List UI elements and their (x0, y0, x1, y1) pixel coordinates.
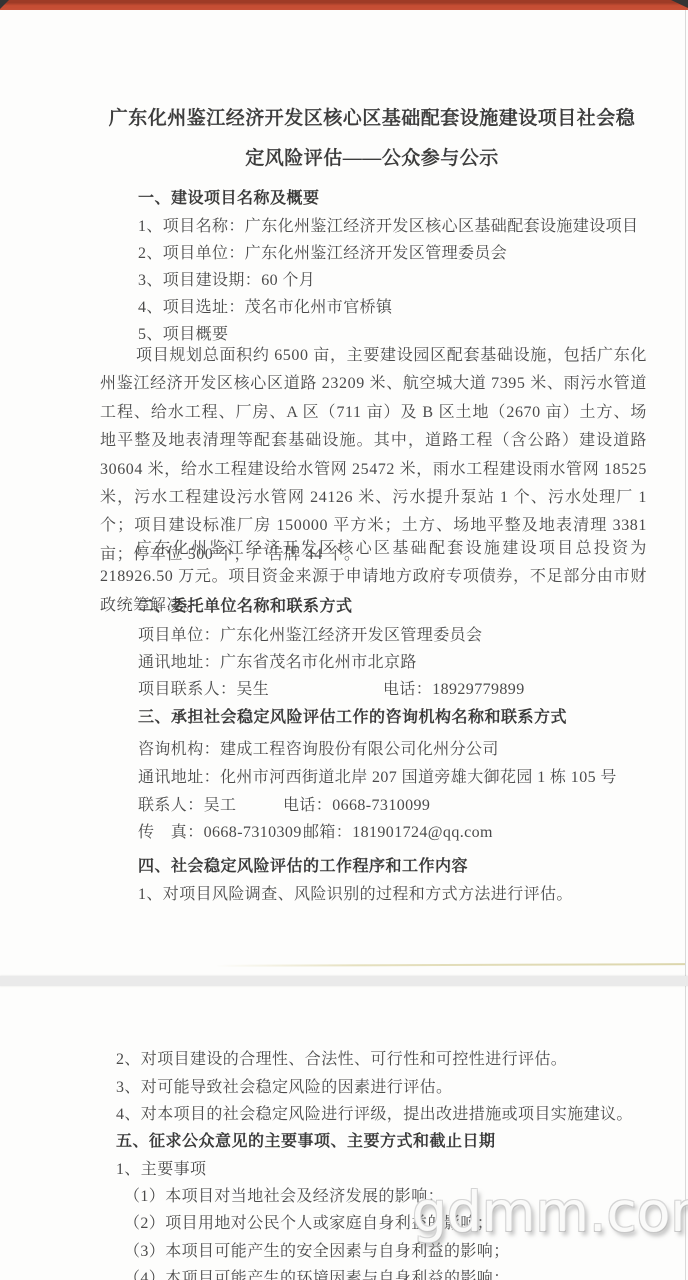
main-matters-subheading: 1、主要事项 (116, 1156, 206, 1179)
scan-artifact-top-left (0, 0, 9, 9)
document-title: 广东化州鉴江经济开发区核心区基础配套设施建设项目社会稳 定风险评估——公众参与公… (96, 99, 648, 179)
procedure-item-2: 2、对项目建设的合理性、合法性、可行性和可控性进行评估。 (116, 1046, 567, 1069)
client-unit-row: 项目单位：广东化州鉴江经济开发区管理委员会 (138, 622, 482, 645)
agency-name-row: 咨询机构：建成工程咨询股份有限公司化州分公司 (138, 736, 499, 759)
matter-point-4: （4）本项目可能产生的环境因素与自身利益的影响； (124, 1265, 510, 1280)
top-orange-bar (0, 0, 688, 10)
section-one-heading: 一、建设项目名称及概要 (138, 185, 320, 208)
document-title-line1: 广东化州鉴江经济开发区核心区基础配套设施建设项目社会稳 (96, 99, 648, 139)
agency-fax: 传 真：0668-7310309 (138, 819, 303, 842)
procedure-item-4: 4、对本项目的社会稳定风险进行评级，提出改进措施或项目实施建议。 (116, 1101, 633, 1124)
agency-contact-name: 联系人：吴工 (138, 792, 283, 815)
agency-contact-phone: 电话：0668-7310099 (283, 797, 430, 814)
section-two-heading: 二、委托单位名称和联系方式 (138, 593, 353, 616)
project-summary-item: 5、项目概要 (138, 321, 228, 344)
project-name-item: 1、项目名称：广东化州鉴江经济开发区核心区基础配套设施建设项目 (138, 213, 638, 236)
project-location-item: 4、项目选址：茂名市化州市官桥镇 (138, 294, 392, 317)
client-contact-name: 项目联系人：吴生 (138, 676, 383, 699)
document-title-line2: 定风险评估——公众参与公示 (96, 139, 648, 179)
procedure-item-3: 3、对可能导致社会稳定风险的因素进行评估。 (116, 1074, 452, 1097)
section-four-heading: 四、社会稳定风险评估的工作程序和工作内容 (138, 853, 468, 876)
procedure-item-1: 1、对项目风险调查、风险识别的过程和方式方法进行评估。 (138, 881, 573, 904)
project-unit-item: 2、项目单位：广东化州鉴江经济开发区管理委员会 (138, 240, 507, 263)
page-break-band (0, 976, 688, 986)
construction-period-item: 3、项目建设期：60 个月 (138, 267, 315, 290)
agency-contact-row: 联系人：吴工电话：0668-7310099 (138, 792, 430, 815)
scanned-document-page: 广东化州鉴江经济开发区核心区基础配套设施建设项目社会稳 定风险评估——公众参与公… (0, 0, 688, 1280)
client-address-row: 通讯地址：广东省茂名市化州市北京路 (138, 649, 417, 672)
section-three-heading: 三、承担社会稳定风险评估工作的咨询机构名称和联系方式 (138, 704, 567, 727)
scan-artifact-top-right (671, 0, 688, 8)
gdmm-watermark: gdmm.com (412, 1180, 688, 1244)
scan-smudge-line (215, 963, 685, 967)
section-five-heading: 五、征求公众意见的主要事项、主要方式和截止日期 (116, 1128, 496, 1151)
scan-edge-line (685, 10, 686, 1280)
agency-fax-row: 传 真：0668-7310309邮箱：181901724@qq.com (138, 819, 493, 842)
client-contact-row: 项目联系人：吴生电话：18929779899 (138, 676, 525, 699)
agency-email: 邮箱：181901724@qq.com (303, 824, 493, 841)
matter-point-1: （1）本项目对当地社会及经济发展的影响； (124, 1183, 444, 1206)
agency-address-row: 通讯地址：化州市河西街道北岸 207 国道旁雄大御花园 1 栋 105 号 (138, 764, 617, 787)
client-contact-phone: 电话：18929779899 (383, 681, 525, 698)
